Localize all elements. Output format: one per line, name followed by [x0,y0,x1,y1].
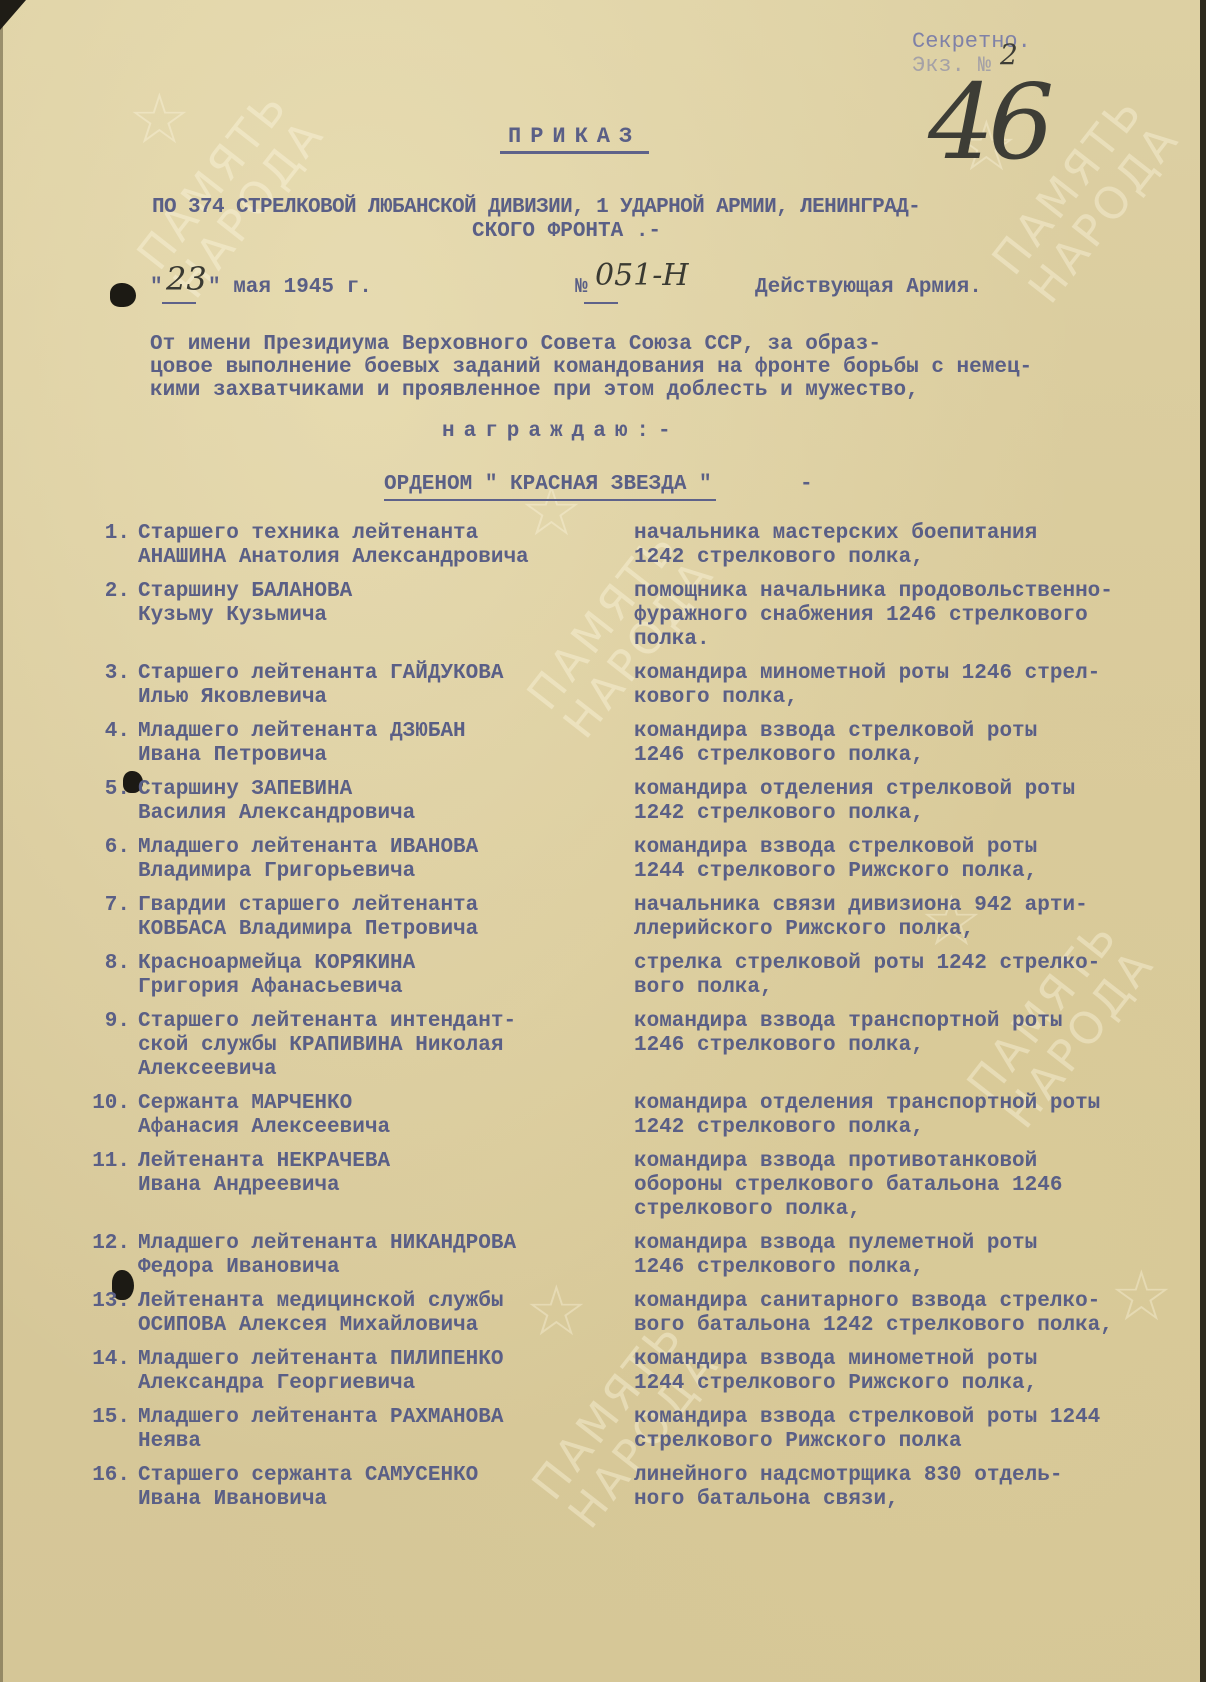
recipient-position: командира взвода стрелковой роты 1244 ст… [628,1406,1180,1454]
recipient: Сержанта МАРЧЕНКО Афанасия Алексеевича [138,1092,628,1140]
awarding-statement: награждаю:- [442,420,680,443]
day-underline [162,302,196,304]
recipient: Младшего лейтенанта ИВАНОВА Владимира Гр… [138,836,628,884]
document-title: ПРИКАЗ [500,124,649,154]
recipient-position: командира минометной роты 1246 стрел- ко… [628,662,1180,710]
date-number-row: " 23 " мая 1945 г. № 051-Н Действующая А… [150,276,1050,306]
handwritten-day: 23 [166,260,207,298]
punch-hole [110,283,136,307]
list-item: 12. Младшего лейтенанта НИКАНДРОВА Федор… [70,1232,1180,1280]
page-edge-left [0,0,3,1682]
recipient: Младшего лейтенанта ДЗЮБАН Ивана Петрови… [138,720,628,768]
date-month-year: " мая 1945 г. [208,276,372,299]
location: Действующая Армия. [755,276,982,299]
list-item: 9. Старшего лейтенанта интендант- ской с… [70,1010,1180,1082]
recipient-position: командира взвода транспортной роты 1246 … [628,1010,1180,1082]
recipient: Старшего лейтенанта ГАЙДУКОВА Илью Яковл… [138,662,628,710]
recipient: Старшину БАЛАНОВА Кузьму Кузьмича [138,580,628,652]
recipient-position: командира отделения стрелковой роты 1242… [628,778,1180,826]
page-edge-right [1200,0,1206,1682]
recipient-position: начальника мастерских боепитания 1242 ст… [628,522,1180,570]
recipient: Младшего лейтенанта НИКАНДРОВА Федора Ив… [138,1232,628,1280]
handwritten-page-number: 46 [928,70,1048,174]
recipient-position: командира отделения транспортной роты 12… [628,1092,1180,1140]
list-item: 11. Лейтенанта НЕКРАЧЕВА Ивана Андреевич… [70,1150,1180,1222]
recipient-position: стрелка стрелковой роты 1242 стрелко- во… [628,952,1180,1000]
order-name: ОРДЕНОМ " КРАСНАЯ ЗВЕЗДА " [384,473,716,501]
number-underline [584,302,618,304]
recipient: Старшину ЗАПЕВИНА Василия Александровича [138,778,628,826]
award-list: 1. Старшего техника лейтенанта АНАШИНА А… [70,522,1180,1522]
watermark-star-icon: ☆ [128,78,191,160]
recipient: Старшего техника лейтенанта АНАШИНА Анат… [138,522,628,570]
handwritten-order-number: 051-Н [595,258,689,293]
list-item: 1. Старшего техника лейтенанта АНАШИНА А… [70,522,1180,570]
recipient: Старшего лейтенанта интендант- ской служ… [138,1010,628,1082]
recipient-position: командира взвода пулеметной роты 1246 ст… [628,1232,1180,1280]
list-item: 15. Младшего лейтенанта РАХМАНОВА Неява … [70,1406,1180,1454]
list-item: 5. Старшину ЗАПЕВИНА Василия Александров… [70,778,1180,826]
list-item: 3. Старшего лейтенанта ГАЙДУКОВА Илью Як… [70,662,1180,710]
recipient-position: линейного надсмотрщика 830 отдель- ного … [628,1464,1180,1512]
recipient: Старшего сержанта САМУСЕНКО Ивана Иванов… [138,1464,628,1512]
recipient-position: помощника начальника продовольственно- ф… [628,580,1180,652]
recipient-position: командира взвода минометной роты 1244 ст… [628,1348,1180,1396]
recipient-position: начальника связи дивизиона 942 арти- лле… [628,894,1180,942]
list-item: 4. Младшего лейтенанта ДЗЮБАН Ивана Петр… [70,720,1180,768]
recipient: Красноармейца КОРЯКИНА Григория Афанасье… [138,952,628,1000]
document-page: ☆ ПАМЯТЬ НАРОДА ☆ ПАМЯТЬ НАРОДА ☆ ПАМЯТЬ… [0,0,1206,1682]
list-item: 7. Гвардии старшего лейтенанта КОВБАСА В… [70,894,1180,942]
recipient-position: командира взвода противотанковой обороны… [628,1150,1180,1222]
list-item: 13. Лейтенанта медицинской службы ОСИПОВ… [70,1290,1180,1338]
list-item: 16. Старшего сержанта САМУСЕНКО Ивана Ив… [70,1464,1180,1512]
list-item: 10. Сержанта МАРЧЕНКО Афанасия Алексееви… [70,1092,1180,1140]
recipient: Гвардии старшего лейтенанта КОВБАСА Влад… [138,894,628,942]
order-heading-line-2: СКОГО ФРОНТА .- [472,220,661,243]
torn-corner [0,0,26,30]
recipient-position: командира взвода стрелковой роты 1246 ст… [628,720,1180,768]
list-item: 8. Красноармейца КОРЯКИНА Григория Афана… [70,952,1180,1000]
preamble: От имени Президиума Верховного Совета Со… [150,333,1032,402]
recipient: Младшего лейтенанта ПИЛИПЕНКО Александра… [138,1348,628,1396]
recipient-position: командира санитарного взвода стрелко- во… [628,1290,1180,1338]
recipient: Младшего лейтенанта РАХМАНОВА Неява [138,1406,628,1454]
list-item: 14. Младшего лейтенанта ПИЛИПЕНКО Алекса… [70,1348,1180,1396]
recipient: Лейтенанта НЕКРАЧЕВА Ивана Андреевича [138,1150,628,1222]
order-heading-line-1: ПО 374 СТРЕЛКОВОЙ ЛЮБАНСКОЙ ДИВИЗИИ, 1 У… [152,196,920,219]
list-item: 6. Младшего лейтенанта ИВАНОВА Владимира… [70,836,1180,884]
recipient: Лейтенанта медицинской службы ОСИПОВА Ал… [138,1290,628,1338]
list-item: 2. Старшину БАЛАНОВА Кузьму Кузьмича пом… [70,580,1180,652]
recipient-position: командира взвода стрелковой роты 1244 ст… [628,836,1180,884]
